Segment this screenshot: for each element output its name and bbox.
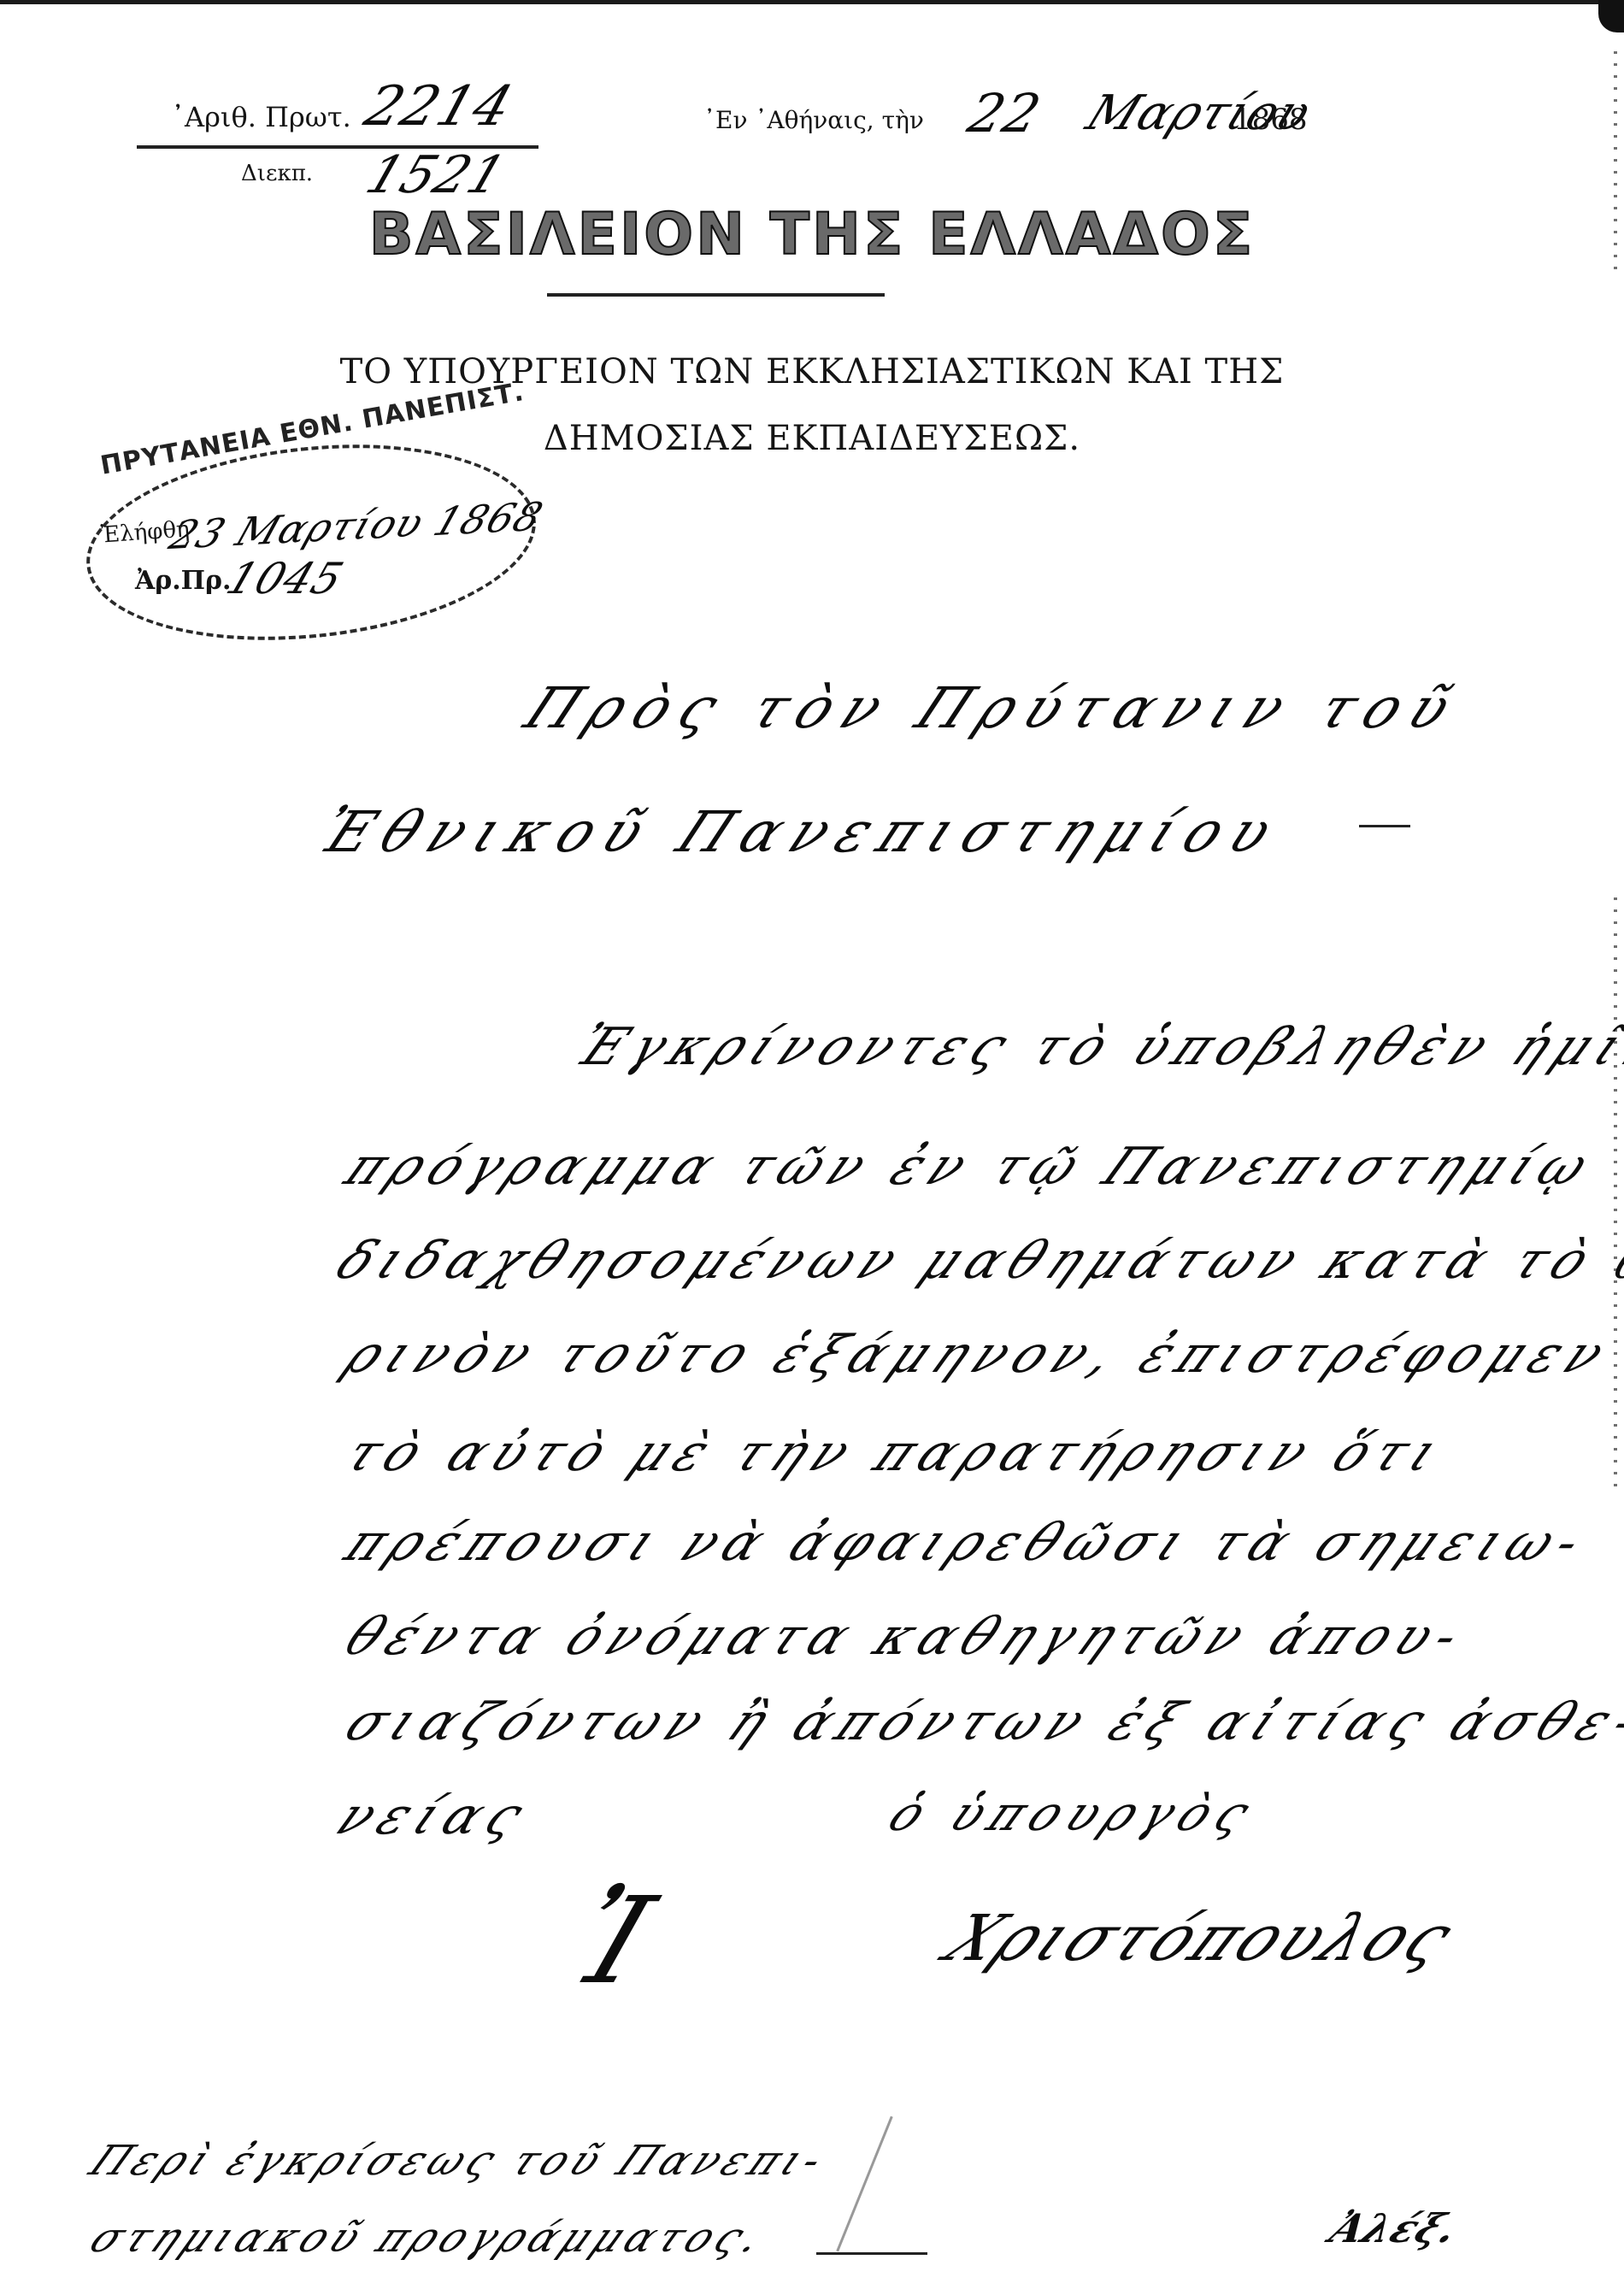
letterhead-divider: [547, 293, 885, 297]
subject-note-line-2: στημιακοῦ προγράμματος.: [81, 2214, 776, 2262]
kingdom-title: ΒΑΣΙΛΕΙΟΝ ΤΗΣ ΕΛΛΑΔΟΣ: [369, 201, 1256, 268]
body-line: Ἐγκρίνοντες τὸ ὑποβληθὲν ἡμῖν: [565, 1017, 1624, 1077]
closing-title: ὁ ὑπουργὸς: [879, 1786, 1268, 1842]
addressee-line-2: Ἐθνικοῦ Πανεπιστημίου: [309, 799, 1295, 865]
dispatch-number-label: Διεκπ.: [241, 161, 313, 186]
letterhead-kingdom: ΒΑΣΙΛΕΙΟΝ ΤΗΣ ΕΛΛΑΔΟΣ: [0, 201, 1624, 268]
scan-corner-shadow: [1598, 0, 1624, 32]
date-year: 1868: [1233, 103, 1308, 137]
addressee-dash: [1359, 825, 1410, 827]
body-line: νείας: [326, 1786, 543, 1846]
subject-note-line-1: Περὶ ἐγκρίσεως τοῦ Πανεπι-: [81, 2137, 837, 2185]
date-day: 22: [962, 82, 1047, 144]
body-line: διδαχθησομένων μαθημάτων κατὰ τὸ θε-: [326, 1231, 1624, 1291]
subject-note-underline: [816, 2252, 927, 2255]
stamp-number-value: 1045: [220, 554, 350, 603]
ministry-title-line-1: ΤΟ ΥΠΟΥΡΓΕΙΟΝ ΤΩΝ ΕΚΚΛΗΣΙΑΣΤΙΚΩΝ ΚΑΙ ΤΗΣ: [0, 352, 1624, 391]
stamp-number-label: Ἀρ.Πρ.: [135, 566, 231, 596]
scanned-letter-page: ᾿Αριθ. Πρωτ. 2214 Διεκπ. 1521 ᾿Εν ᾿Αθήνα…: [0, 0, 1624, 2295]
faint-pen-stroke: [836, 2116, 892, 2252]
protocol-number-value: 2214: [357, 75, 521, 138]
body-line: θέντα ὀνόματα καθηγητῶν ἀπου-: [334, 1607, 1480, 1667]
body-line: πρέπουσι νὰ ἀφαιρεθῶσι τὰ σημειω-: [334, 1513, 1601, 1573]
scan-top-edge: [0, 0, 1624, 4]
body-line: ρινὸν τοῦτο ἑξάμηνον, ἐπιστρέφομεν: [334, 1325, 1624, 1385]
protocol-number-label: ᾿Αριθ. Πρωτ.: [171, 101, 351, 133]
initial-mark: Ἰ: [556, 1872, 669, 2011]
scan-right-edge-noise: [1614, 897, 1617, 1496]
addressee-line-1: Πρὸς τὸν Πρύτανιν τοῦ: [515, 675, 1474, 741]
dispatch-number-value: 1521: [358, 145, 514, 205]
body-line: τὸ αὐτὸ μὲ τὴν παρατήρησιν ὅτι: [334, 1423, 1458, 1483]
body-line: σιαζόντων ἢ ἀπόντων ἐξ αἰτίας ἀσθε-: [334, 1692, 1624, 1752]
clerk-initials: Ἀλέξ.: [1322, 2205, 1467, 2251]
place-date-label: ᾿Εν ᾿Αθήναις, τὴν: [703, 106, 924, 134]
minister-signature: Χριστόπουλος: [932, 1902, 1470, 1975]
body-line: πρόγραμμα τῶν ἐν τῷ Πανεπιστημίῳ: [334, 1137, 1608, 1197]
